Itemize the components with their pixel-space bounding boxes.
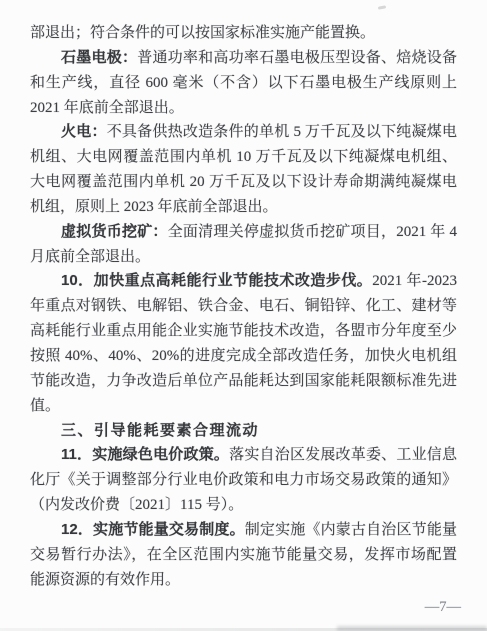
doc-line: 按照 40%、40%、20%的进度完成全部改造任务，加快火电机组 [30, 344, 457, 369]
line-text: 2021 年底前全部退出。 [30, 100, 184, 116]
bold-lead: 虚拟货币挖矿： [61, 223, 168, 240]
doc-line: 和生产线，直径 600 毫米（不含）以下石墨电极生产线原则上 [30, 71, 457, 96]
line-text: （内发改价费〔2021〕115 号）。 [30, 497, 243, 513]
line-text: 高耗能行业重点用能企业实施节能技术改造，各盟市分年度至少 [30, 323, 457, 339]
line-text: 落实自治区发展改革委、工业信息 [229, 447, 457, 463]
line-text: 能源资源的有效作用。 [30, 572, 180, 588]
line-text: 大电网覆盖范围内单机 20 万千瓦及以下设计寿命期满纯凝煤电 [30, 174, 457, 190]
line-text: 部退出；符合条件的可以按国家标准实施产能置换。 [30, 25, 375, 41]
doc-line: 机组，原则上 2023 年底前全部退出。 [30, 195, 457, 220]
line-text: 节能改造，力争改造后单位产品能耗达到国家能耗限额标准先进 [30, 373, 457, 389]
doc-line-item-10: 10．加快重点高耗能行业节能技术改造步伐。2021 年-2023 [30, 269, 457, 294]
doc-line-item-12: 12．实施节能量交易制度。制定实施《内蒙古自治区节能量 [30, 518, 457, 543]
doc-line-thermal-power: 火电：不具备供热改造条件的单机 5 万千瓦及以下纯凝煤电 [30, 120, 457, 145]
line-text: 全面清理关停虚拟货币挖矿项目，2021 年 4 [168, 224, 457, 240]
section-heading-text: 三、引导能耗要素合理流动 [61, 422, 259, 439]
doc-line: 能源资源的有效作用。 [30, 568, 457, 593]
line-text: 值。 [30, 398, 60, 414]
doc-line: 2021 年底前全部退出。 [30, 96, 457, 121]
bold-lead: 11．实施绿色电价政策。 [61, 446, 229, 463]
line-text: 和生产线，直径 600 毫米（不含）以下石墨电极生产线原则上 [30, 75, 457, 91]
line-text: 2021 年-2023 [372, 273, 457, 289]
doc-line: 值。 [30, 394, 457, 419]
section-heading-3: 三、引导能耗要素合理流动 [30, 419, 457, 444]
doc-line: 年重点对钢铁、电解铝、铁合金、电石、铜铅锌、化工、建材等 [30, 294, 457, 319]
doc-line: 高耗能行业重点用能企业实施节能技术改造，各盟市分年度至少 [30, 319, 457, 344]
bold-lead: 10．加快重点高耗能行业节能技术改造步伐。 [61, 272, 372, 289]
line-text: 月底前全部退出。 [30, 249, 150, 265]
doc-line: 节能改造，力争改造后单位产品能耗达到国家能耗限额标准先进 [30, 369, 457, 394]
line-text: 化厅《关于调整部分行业电价政策和电力市场交易政策的通知》 [30, 472, 457, 488]
doc-line: 机组、大电网覆盖范围内单机 10 万千瓦及以下纯凝煤电机组、 [30, 145, 457, 170]
line-text: 机组、大电网覆盖范围内单机 10 万千瓦及以下纯凝煤电机组、 [30, 149, 457, 165]
doc-line: 部退出；符合条件的可以按国家标准实施产能置换。 [30, 21, 457, 46]
document-text-block: 部退出；符合条件的可以按国家标准实施产能置换。 石墨电极：普通功率和高功率石墨电… [30, 21, 457, 592]
document-page: 部退出；符合条件的可以按国家标准实施产能置换。 石墨电极：普通功率和高功率石墨电… [0, 0, 487, 631]
line-text: 制定实施《内蒙古自治区节能量 [245, 522, 457, 538]
bold-lead: 石墨电极： [61, 49, 137, 66]
line-text: 年重点对钢铁、电解铝、铁合金、电石、铜铅锌、化工、建材等 [30, 298, 457, 314]
bold-lead: 火电： [61, 123, 107, 140]
doc-line-item-11: 11．实施绿色电价政策。落实自治区发展改革委、工业信息 [30, 443, 457, 468]
scan-speck [378, 5, 386, 9]
doc-line: 化厅《关于调整部分行业电价政策和电力市场交易政策的通知》 [30, 468, 457, 493]
doc-line: （内发改价费〔2021〕115 号）。 [30, 493, 457, 518]
doc-line-graphite-electrode: 石墨电极：普通功率和高功率石墨电极压型设备、焙烧设备 [30, 46, 457, 71]
doc-line: 月底前全部退出。 [30, 245, 457, 270]
doc-line: 大电网覆盖范围内单机 20 万千瓦及以下设计寿命期满纯凝煤电 [30, 170, 457, 195]
line-text: 普通功率和高功率石墨电极压型设备、焙烧设备 [137, 50, 457, 66]
line-text: 机组，原则上 2023 年底前全部退出。 [30, 199, 278, 215]
line-text: 交易暂行办法》，在全区范围内实施节能量交易，发挥市场配置 [30, 547, 457, 563]
line-text: 不具备供热改造条件的单机 5 万千瓦及以下纯凝煤电 [107, 124, 457, 140]
doc-line-crypto-mining: 虚拟货币挖矿：全面清理关停虚拟货币挖矿项目，2021 年 4 [30, 220, 457, 245]
bold-lead: 12．实施节能量交易制度。 [61, 521, 245, 538]
page-number: —7— [425, 599, 461, 616]
doc-line: 交易暂行办法》，在全区范围内实施节能量交易，发挥市场配置 [30, 543, 457, 568]
line-text: 按照 40%、40%、20%的进度完成全部改造任务，加快火电机组 [30, 348, 457, 364]
